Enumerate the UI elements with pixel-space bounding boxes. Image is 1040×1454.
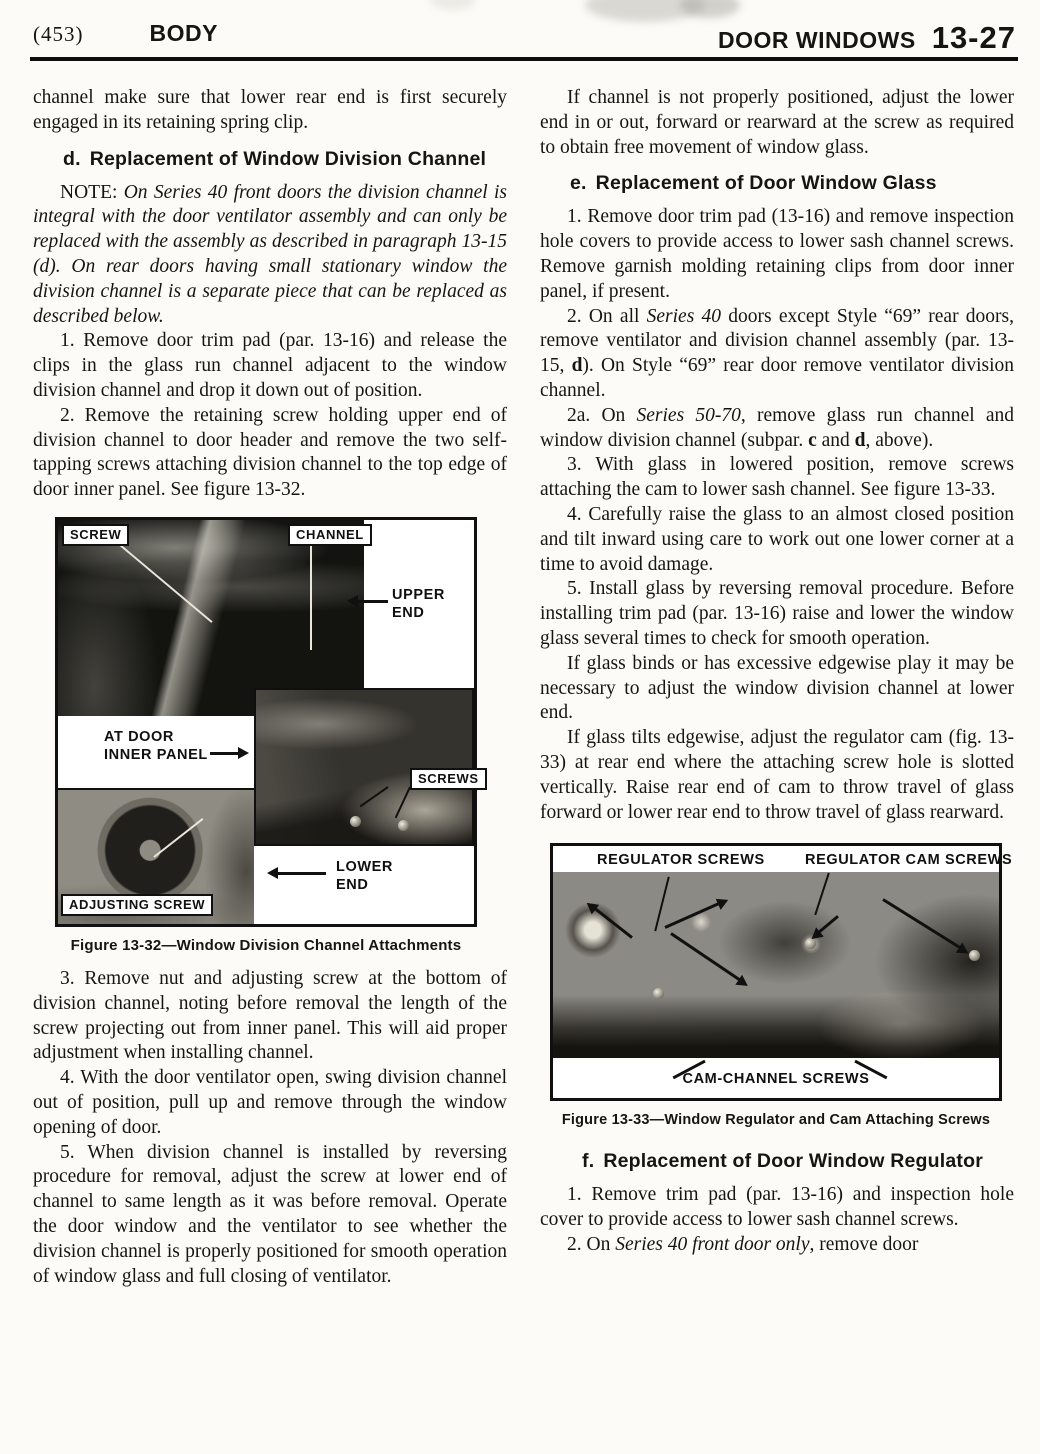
left-column: channel make sure that lower rear end is… bbox=[33, 86, 507, 1289]
label-lower-end: LOWER END bbox=[336, 858, 393, 894]
series-emphasis: Series 50-70 bbox=[637, 405, 741, 426]
figure-13-33-image: REGULATOR SCREWS REGULATOR CAM SCREWS CA… bbox=[550, 843, 1002, 1101]
leader-line bbox=[310, 546, 312, 650]
paragraph-continued: channel make sure that lower rear end is… bbox=[33, 86, 507, 136]
label-regulator-screws: REGULATOR SCREWS bbox=[597, 851, 765, 869]
page-reference: (453) bbox=[33, 22, 84, 46]
figure-13-32-image: SCREW CHANNEL SCREWS ADJUSTING SCREW UPP… bbox=[55, 517, 477, 927]
heading-text: Replacement of Window Division Channel bbox=[90, 148, 486, 170]
step-4-paragraph: 4. Carefully raise the glass to an almos… bbox=[540, 503, 1014, 577]
step-2-paragraph-f: 2. On Series 40 front door only, remove … bbox=[540, 1233, 1014, 1258]
step-1-paragraph: 1. Remove door trim pad (par. 13-16) and… bbox=[33, 329, 507, 403]
right-column: If channel is not properly positioned, a… bbox=[540, 86, 1014, 1258]
page-number: 13-27 bbox=[932, 20, 1016, 56]
figure-13-33-caption: Figure 13-33—Window Regulator and Cam At… bbox=[550, 1111, 1002, 1129]
label-screws: SCREWS bbox=[410, 768, 487, 790]
photo-inner-panel-screws bbox=[254, 688, 474, 846]
figure-13-32-caption: Figure 13-32—Window Division Channel Att… bbox=[55, 937, 477, 955]
label-channel: CHANNEL bbox=[288, 524, 372, 546]
note-label: NOTE: bbox=[60, 182, 117, 203]
heading-d: d.Replacement of Window Division Channel bbox=[63, 147, 507, 172]
figure-13-32: SCREW CHANNEL SCREWS ADJUSTING SCREW UPP… bbox=[55, 517, 477, 955]
section-name: BODY bbox=[150, 20, 218, 46]
heading-e: e.Replacement of Door Window Glass bbox=[570, 171, 1014, 196]
note-paragraph: NOTE: On Series 40 front doors the divis… bbox=[33, 181, 507, 330]
page-header: (453) BODY DOOR WINDOWS 13-27 bbox=[33, 20, 1016, 56]
adjust-paragraph: If channel is not properly positioned, a… bbox=[540, 86, 1014, 160]
photo-window-regulator bbox=[553, 872, 999, 1058]
subpar-ref: d bbox=[855, 430, 866, 451]
subpar-ref: d bbox=[572, 355, 583, 376]
figure-13-33: REGULATOR SCREWS REGULATOR CAM SCREWS CA… bbox=[550, 843, 1002, 1129]
header-rule bbox=[30, 57, 1018, 61]
arrow-left-icon bbox=[272, 872, 326, 875]
label-adjusting-screw: ADJUSTING SCREW bbox=[61, 894, 213, 916]
step-2-paragraph: 2. Remove the retaining screw holding up… bbox=[33, 404, 507, 503]
step-1-paragraph: 1. Remove door trim pad (13-16) and remo… bbox=[540, 205, 1014, 304]
step-5-paragraph: 5. When division channel is installed by… bbox=[33, 1141, 507, 1290]
glass-tilts-paragraph: If glass tilts edgewise, adjust the regu… bbox=[540, 726, 1014, 825]
series-emphasis: Series 40 front door only bbox=[615, 1234, 809, 1255]
label-upper-end: UPPER END bbox=[392, 586, 445, 622]
manual-page: { "header": { "page_ref": "(453)", "sect… bbox=[0, 0, 1040, 1454]
heading-letter: f. bbox=[582, 1150, 594, 1172]
heading-f: f.Replacement of Door Window Regulator bbox=[582, 1149, 1014, 1174]
heading-text: Replacement of Door Window Regulator bbox=[603, 1150, 983, 1172]
label-screw: SCREW bbox=[62, 524, 129, 546]
subpar-ref: c bbox=[808, 430, 817, 451]
step-1-paragraph-f: 1. Remove trim pad (par. 13-16) and insp… bbox=[540, 1183, 1014, 1233]
step-3-paragraph: 3. With glass in lowered position, remov… bbox=[540, 453, 1014, 503]
scan-smudge bbox=[430, 0, 476, 10]
step-2a-paragraph: 2a. On Series 50-70, remove glass run ch… bbox=[540, 404, 1014, 454]
series-emphasis: Series 40 bbox=[647, 306, 721, 327]
heading-letter: d. bbox=[63, 148, 81, 170]
step-5-paragraph: 5. Install glass by reversing removal pr… bbox=[540, 577, 1014, 651]
arrow-right-icon bbox=[210, 752, 244, 755]
glass-binds-paragraph: If glass binds or has excessive edgewise… bbox=[540, 652, 1014, 726]
screw-dot bbox=[398, 820, 409, 831]
chapter-title: DOOR WINDOWS bbox=[718, 27, 916, 54]
label-regulator-cam-screws: REGULATOR CAM SCREWS bbox=[805, 851, 1012, 869]
label-at-door-inner-panel: AT DOOR INNER PANEL bbox=[104, 728, 208, 764]
heading-letter: e. bbox=[570, 172, 587, 194]
step-3-paragraph: 3. Remove nut and adjusting screw at the… bbox=[33, 967, 507, 1066]
step-4-paragraph: 4. With the door ventilator open, swing … bbox=[33, 1066, 507, 1140]
note-text: On Series 40 front doors the division ch… bbox=[33, 182, 507, 327]
step-2-paragraph: 2. On all Series 40 doors except Style “… bbox=[540, 305, 1014, 404]
arrow-left-icon bbox=[352, 600, 388, 603]
screw-dot bbox=[350, 816, 361, 827]
label-cam-channel-screws: CAM-CHANNEL SCREWS bbox=[683, 1070, 870, 1088]
photo-upper-end bbox=[58, 520, 364, 716]
heading-text: Replacement of Door Window Glass bbox=[596, 172, 937, 194]
